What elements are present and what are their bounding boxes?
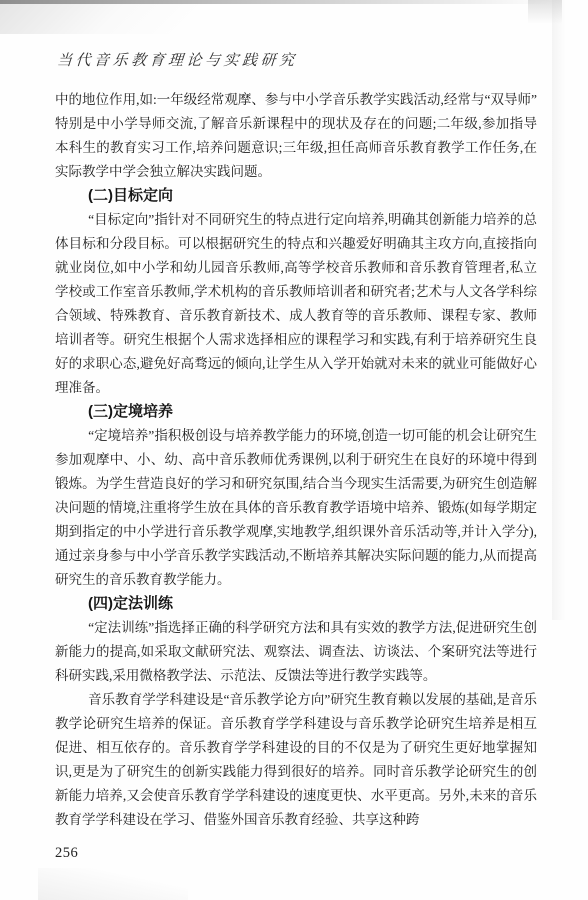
section-heading-4-method-training: (四)定法训练 bbox=[55, 592, 537, 616]
scan-artifact-right-edge bbox=[552, 0, 566, 620]
running-header-book-title: 当代音乐教育理论与实践研究 bbox=[56, 51, 298, 71]
section-heading-2-goal-orientation: (二)目标定向 bbox=[55, 184, 537, 208]
paragraph: “目标定向”指针对不同研究生的特点进行定向培养,明确其创新能力培养的总体目标和分… bbox=[55, 208, 537, 400]
paragraph: “定法训练”指选择正确的科学研究方法和具有实效的教学方法,促进研究生创新能力的提… bbox=[55, 616, 537, 688]
paragraph: “定境培养”指积极创设与培养教学能力的环境,创造一切可能的机会让研究生参加观摩中… bbox=[55, 424, 537, 592]
page-body: 中的地位作用,如:一年级经常观摩、参与中小学音乐教学实践活动,经常与“双导师”特… bbox=[55, 88, 537, 832]
book-page-scan: 当代音乐教育理论与实践研究 中的地位作用,如:一年级经常观摩、参与中小学音乐教学… bbox=[0, 0, 588, 900]
section-heading-3-environment-cultivation: (三)定境培养 bbox=[55, 400, 537, 424]
page-number: 256 bbox=[55, 845, 78, 861]
scan-artifact-bottomleft-smudge bbox=[38, 868, 188, 900]
paragraph-continuation: 中的地位作用,如:一年级经常观摩、参与中小学音乐教学实践活动,经常与“双导师”特… bbox=[55, 88, 537, 184]
scan-artifact-topleft-smudge bbox=[0, 4, 250, 34]
paragraph: 音乐教育学学科建设是“音乐教学论方向”研究生教育赖以发展的基础,是音乐教学论研究… bbox=[55, 688, 537, 832]
